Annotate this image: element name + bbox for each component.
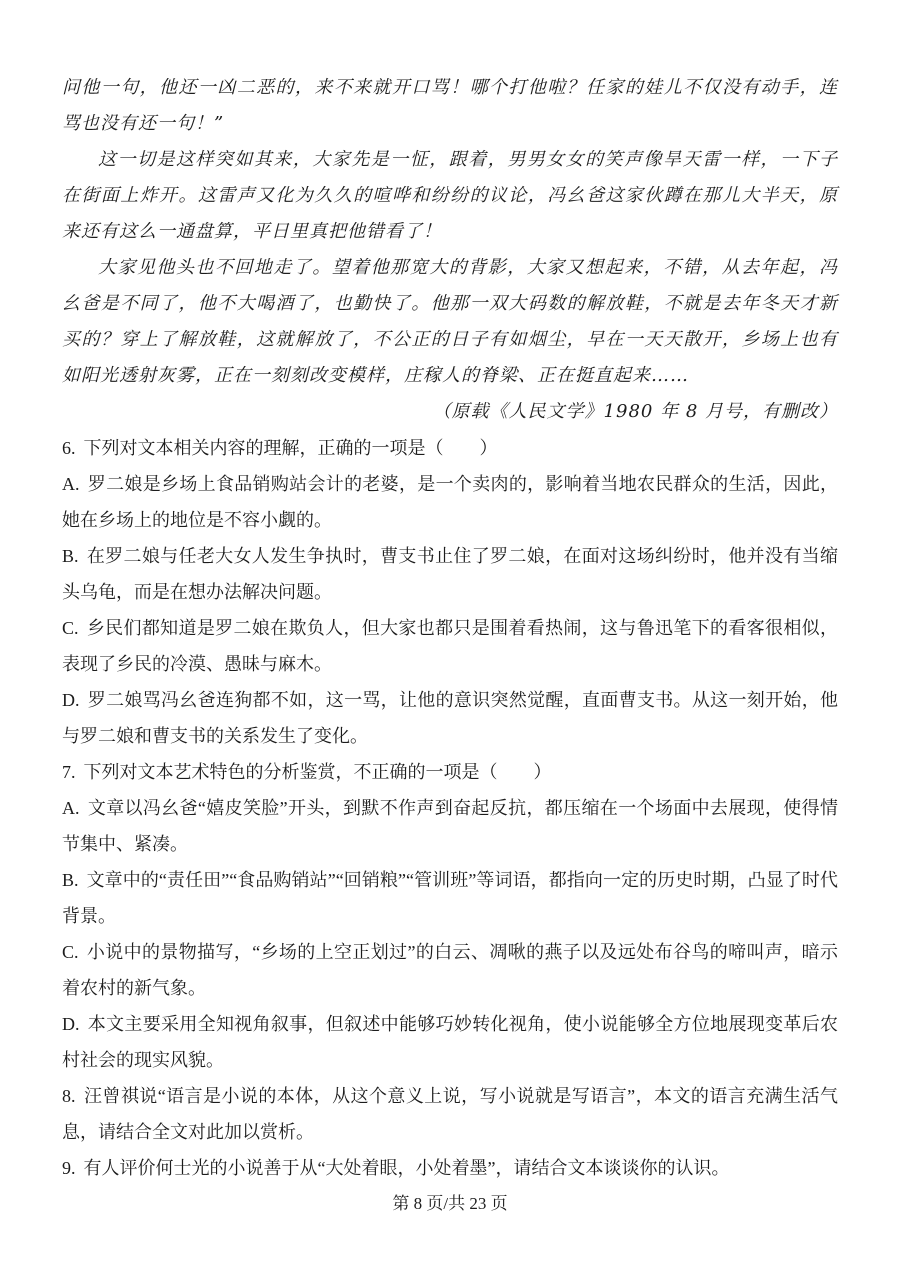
question-6-option-d: D.罗二娘骂冯幺爸连狗都不如，这一骂，让他的意识突然觉醒，直面曹支书。从这一刻开… [62,682,838,754]
question-7-option-c-label: C. [62,942,79,962]
question-7-number: 7. [62,762,76,782]
question-7-option-d: D.本文主要采用全知视角叙事，但叙述中能够巧妙转化视角，使小说能够全方位地展现变… [62,1006,838,1078]
question-7-text: 下列对文本艺术特色的分析鉴赏，不正确的一项是（ ） [84,762,552,782]
question-7-option-d-label: D. [62,1014,80,1034]
question-8-stem: 8.汪曾祺说“语言是小说的本体，从这个意义上说，写小说就是写语言”，本文的语言充… [62,1078,838,1150]
question-8-text: 汪曾祺说“语言是小说的本体，从这个意义上说，写小说就是写语言”，本文的语言充满生… [62,1086,838,1142]
question-8-number: 8. [62,1086,76,1106]
question-6-option-d-label: D. [62,690,80,710]
question-7-option-b-text: 文章中的“责任田”“食品购销站”“回销粮”“管训班”等词语，都指向一定的历史时期… [62,870,838,926]
question-6-option-a-label: A. [62,474,80,494]
page-footer: 第 8 页/共 23 页 [62,1186,838,1222]
question-6-option-d-text: 罗二娘骂冯幺爸连狗都不如，这一骂，让他的意识突然觉醒，直面曹支书。从这一刻开始，… [62,690,838,746]
passage-paragraph-1: 问他一句，他还一凶二恶的，来不来就开口骂！哪个打他啦？任家的娃儿不仅没有动手，连… [62,70,838,142]
question-6-option-a: A.罗二娘是乡场上食品销购站会计的老婆，是一个卖肉的，影响着当地农民群众的生活，… [62,466,838,538]
question-6-option-b: B.在罗二娘与任老大女人发生争执时，曹支书止住了罗二娘，在面对这场纠纷时，他并没… [62,538,838,610]
passage-paragraph-2: 这一切是这样突如其来，大家先是一怔，跟着，男男女女的笑声像旱天雷一样，一下子在街… [62,142,838,250]
question-6-option-b-text: 在罗二娘与任老大女人发生争执时，曹支书止住了罗二娘，在面对这场纠纷时，他并没有当… [62,546,838,602]
question-6-option-c-text: 乡民们都知道是罗二娘在欺负人，但大家也都只是围着看热闹，这与鲁迅笔下的看客很相似… [62,618,838,674]
question-6-option-b-label: B. [62,546,79,566]
question-6-text: 下列对文本相关内容的理解，正确的一项是（ ） [84,438,498,458]
question-7-stem: 7.下列对文本艺术特色的分析鉴赏，不正确的一项是（ ） [62,754,838,790]
question-6-option-c-label: C. [62,618,79,638]
question-9-text: 有人评价何士光的小说善于从“大处着眼，小处着墨”，请结合文本谈谈你的认识。 [84,1158,730,1178]
passage-source-line: （原载《人民文学》1980 年 8 月号，有删改） [62,394,838,430]
question-6-stem: 6.下列对文本相关内容的理解，正确的一项是（ ） [62,430,838,466]
question-6-number: 6. [62,438,76,458]
question-7-option-a: A.文章以冯幺爸“嬉皮笑脸”开头，到默不作声到奋起反抗，都压缩在一个场面中去展现… [62,790,838,862]
question-6-option-c: C.乡民们都知道是罗二娘在欺负人，但大家也都只是围着看热闹，这与鲁迅笔下的看客很… [62,610,838,682]
passage-paragraph-3: 大家见他头也不回地走了。望着他那宽大的背影，大家又想起来，不错，从去年起，冯幺爸… [62,250,838,394]
question-7-option-a-label: A. [62,798,80,818]
question-7-option-c: C.小说中的景物描写，“乡场的上空正划过”的白云、凋啾的燕子以及远处布谷鸟的啼叫… [62,934,838,1006]
question-7-option-c-text: 小说中的景物描写，“乡场的上空正划过”的白云、凋啾的燕子以及远处布谷鸟的啼叫声，… [62,942,838,998]
question-6-option-a-text: 罗二娘是乡场上食品销购站会计的老婆，是一个卖肉的，影响着当地农民群众的生活，因此… [62,474,838,530]
question-7-option-a-text: 文章以冯幺爸“嬉皮笑脸”开头，到默不作声到奋起反抗，都压缩在一个场面中去展现，使… [62,798,838,854]
question-7-option-b: B.文章中的“责任田”“食品购销站”“回销粮”“管训班”等词语，都指向一定的历史… [62,862,838,934]
question-9-number: 9. [62,1158,76,1178]
question-9-stem: 9.有人评价何士光的小说善于从“大处着眼，小处着墨”，请结合文本谈谈你的认识。 [62,1150,838,1186]
exam-page: 问他一句，他还一凶二恶的，来不来就开口骂！哪个打他啦？任家的娃儿不仅没有动手，连… [0,0,900,1273]
question-7-option-d-text: 本文主要采用全知视角叙事，但叙述中能够巧妙转化视角，使小说能够全方位地展现变革后… [62,1014,838,1070]
question-7-option-b-label: B. [62,870,79,890]
